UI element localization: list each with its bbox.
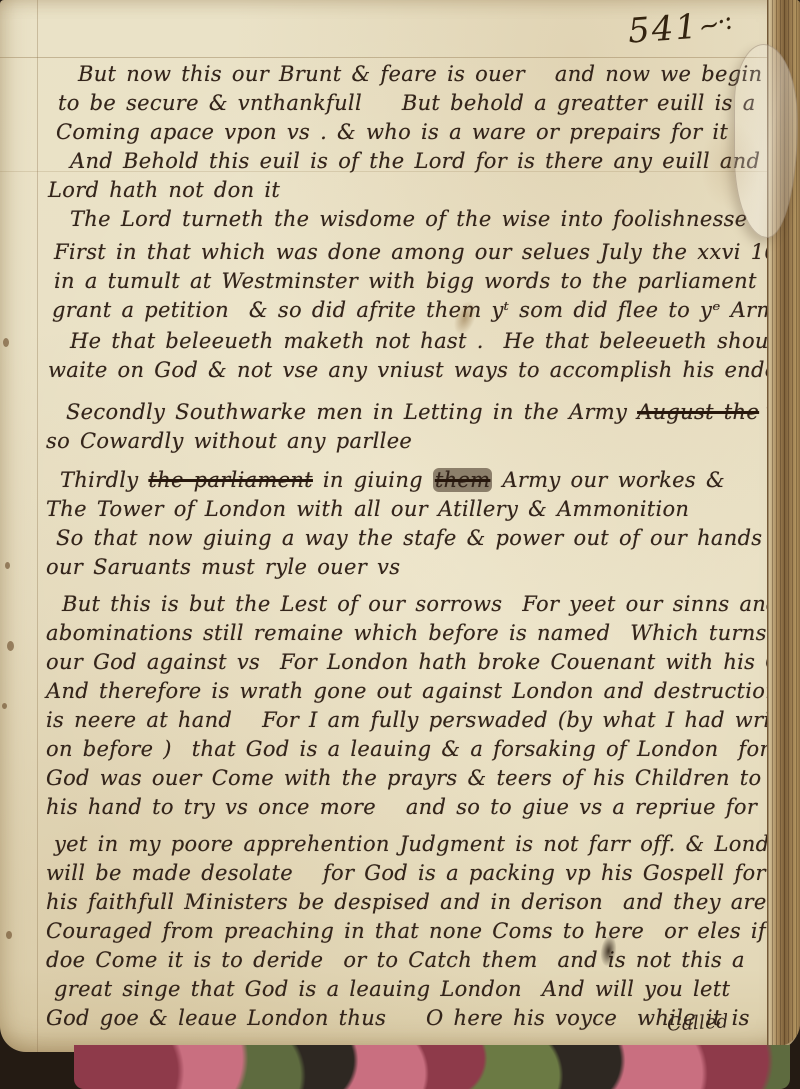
handwritten-text: our Saruants must ryle ouer vs bbox=[46, 555, 400, 579]
manuscript-page: 541~·: But now this our Brunt & feare is… bbox=[0, 0, 800, 1052]
manuscript-line: And Behold this euil is of the Lord for … bbox=[44, 147, 754, 176]
manuscript-line: on before ) that God is a leauing & a fo… bbox=[44, 735, 754, 764]
bleedthrough-speck bbox=[6, 931, 12, 939]
handwritten-text: Thirdly bbox=[60, 468, 148, 492]
handwritten-text: in giuing bbox=[313, 468, 433, 492]
ink-flourish: ~·: bbox=[694, 6, 734, 44]
manuscript-line: our Saruants must ryle ouer vs bbox=[44, 553, 754, 582]
manuscript-line: our God against vs For London hath broke… bbox=[44, 648, 754, 677]
struck-text: August the bbox=[637, 400, 759, 424]
manuscript-line: The Lord turneth the wisdome of the wise… bbox=[44, 205, 754, 234]
bleedthrough-speck bbox=[7, 641, 14, 651]
handwritten-text: He that beleeueth maketh not hast . He t… bbox=[70, 329, 790, 353]
manuscript-line: And therefore is wrath gone out against … bbox=[44, 677, 754, 706]
manuscript-line: his faithfull Ministers be despised and … bbox=[44, 888, 754, 917]
manuscript-line: The Tower of London with all our Atiller… bbox=[44, 495, 754, 524]
handwritten-text: God was ouer Come with the prayrs & teer… bbox=[46, 766, 800, 790]
bleedthrough-speck bbox=[5, 562, 10, 569]
manuscript-line: his hand to try vs once more and so to g… bbox=[44, 793, 754, 822]
handwritten-text: doe Come it is to deride or to Catch the… bbox=[46, 948, 745, 972]
handwritten-text: great singe that God is a leauing London… bbox=[54, 977, 730, 1001]
bleedthrough-speck bbox=[3, 338, 9, 347]
handwritten-text: our God against vs For London hath broke… bbox=[46, 650, 800, 674]
manuscript-line: So that now giuing a way the stafe & pow… bbox=[44, 524, 754, 553]
manuscript-line: will be made desolate for God is a packi… bbox=[44, 859, 754, 888]
handwritten-text: Lord hath not don it bbox=[48, 178, 280, 202]
handwritten-text: to be secure & vnthankfull But behold a … bbox=[58, 91, 756, 115]
handwritten-text: The Tower of London with all our Atiller… bbox=[46, 497, 689, 521]
photo-background: 541~·: But now this our Brunt & feare is… bbox=[0, 0, 800, 1089]
catchword: Called bbox=[666, 1010, 729, 1035]
manuscript-line: is neere at hand For I am fully perswade… bbox=[44, 706, 754, 735]
manuscript-line: great singe that God is a leauing London… bbox=[44, 975, 754, 1004]
handwritten-text: on before ) that God is a leauing & a fo… bbox=[46, 737, 800, 761]
manuscript-line: to be secure & vnthankfull But behold a … bbox=[44, 89, 754, 118]
handwritten-text: And therefore is wrath gone out against … bbox=[46, 679, 779, 703]
handwritten-text: will be made desolate for God is a packi… bbox=[46, 861, 766, 885]
handwritten-text: in a tumult at Westminster with bigg wor… bbox=[54, 269, 788, 293]
handwritten-text: Secondly Southwarke men in Letting in th… bbox=[66, 400, 637, 424]
manuscript-line: doe Come it is to deride or to Catch the… bbox=[44, 946, 754, 975]
handwritten-text: his faithfull Ministers be despised and … bbox=[46, 890, 800, 914]
handwritten-text: Couraged from preaching in that none Com… bbox=[46, 919, 800, 943]
handwritten-text: grant a petition & so did afrite them yᵗ… bbox=[52, 298, 789, 322]
handwritten-text: And Behold this euil is of the Lord for … bbox=[70, 149, 800, 173]
struck-text: them bbox=[433, 468, 493, 492]
manuscript-line: grant a petition & so did afrite them yᵗ… bbox=[44, 296, 754, 325]
handwritten-text: Coming apace vpon vs . & who is a ware o… bbox=[56, 120, 728, 144]
manuscript-line: Lord hath not don it bbox=[44, 176, 754, 205]
page-number: 541~·: bbox=[627, 4, 733, 51]
manuscript-line: abominations still remaine which before … bbox=[44, 619, 754, 648]
manuscript-line: But now this our Brunt & feare is ouer a… bbox=[44, 60, 754, 89]
handwritten-text: is neere at hand For I am fully perswade… bbox=[46, 708, 800, 732]
handwritten-text: God goe & leaue London thus O here his v… bbox=[46, 1006, 750, 1030]
page-crease bbox=[0, 57, 800, 58]
manuscript-line: Thirdly the parliament in giuing them Ar… bbox=[44, 466, 754, 495]
handwritten-text: But now this our Brunt & feare is ouer a… bbox=[78, 62, 762, 86]
binding-gutter-line bbox=[37, 0, 38, 1052]
handwritten-text: So that now giuing a way the stafe & pow… bbox=[56, 526, 762, 550]
manuscript-line: in a tumult at Westminster with bigg wor… bbox=[44, 267, 754, 296]
manuscript-line: Couraged from preaching in that none Com… bbox=[44, 917, 754, 946]
manuscript-line: so Cowardly without any parllee bbox=[44, 427, 754, 456]
handwritten-text: yet in my poore apprehention Judgment is… bbox=[54, 832, 796, 856]
manuscript-line: God goe & leaue London thus O here his v… bbox=[44, 1004, 754, 1033]
handwritten-text: First in that which was done among our s… bbox=[54, 240, 800, 264]
manuscript-line: Secondly Southwarke men in Letting in th… bbox=[44, 393, 754, 427]
manuscript-line: yet in my poore apprehention Judgment is… bbox=[44, 830, 754, 859]
manuscript-line: But this is but the Lest of our sorrows … bbox=[44, 590, 754, 619]
text-block: But now this our Brunt & feare is ouer a… bbox=[44, 60, 754, 1033]
manuscript-line: First in that which was done among our s… bbox=[44, 238, 754, 267]
manuscript-line: Coming apace vpon vs . & who is a ware o… bbox=[44, 118, 754, 147]
handwritten-text: so Cowardly without any parllee bbox=[46, 429, 412, 453]
handwritten-text: The Lord turneth the wisdome of the wise… bbox=[70, 207, 747, 231]
manuscript-line: He that beleeueth maketh not hast . He t… bbox=[44, 327, 754, 356]
handwritten-text: abominations still remaine which before … bbox=[46, 621, 767, 645]
handwritten-text: his hand to try vs once more and so to g… bbox=[46, 795, 800, 819]
manuscript-line: waite on God & not vse any vniust ways t… bbox=[44, 356, 754, 385]
handwritten-text: Army our workes & bbox=[492, 468, 725, 492]
marbled-edge bbox=[74, 1045, 790, 1089]
handwritten-text: waite on God & not vse any vniust ways t… bbox=[48, 358, 777, 382]
bleedthrough-speck bbox=[2, 703, 7, 709]
struck-text: the parliament bbox=[148, 468, 313, 492]
manuscript-line: God was ouer Come with the prayrs & teer… bbox=[44, 764, 754, 793]
handwritten-text: But this is but the Lest of our sorrows … bbox=[62, 592, 780, 616]
